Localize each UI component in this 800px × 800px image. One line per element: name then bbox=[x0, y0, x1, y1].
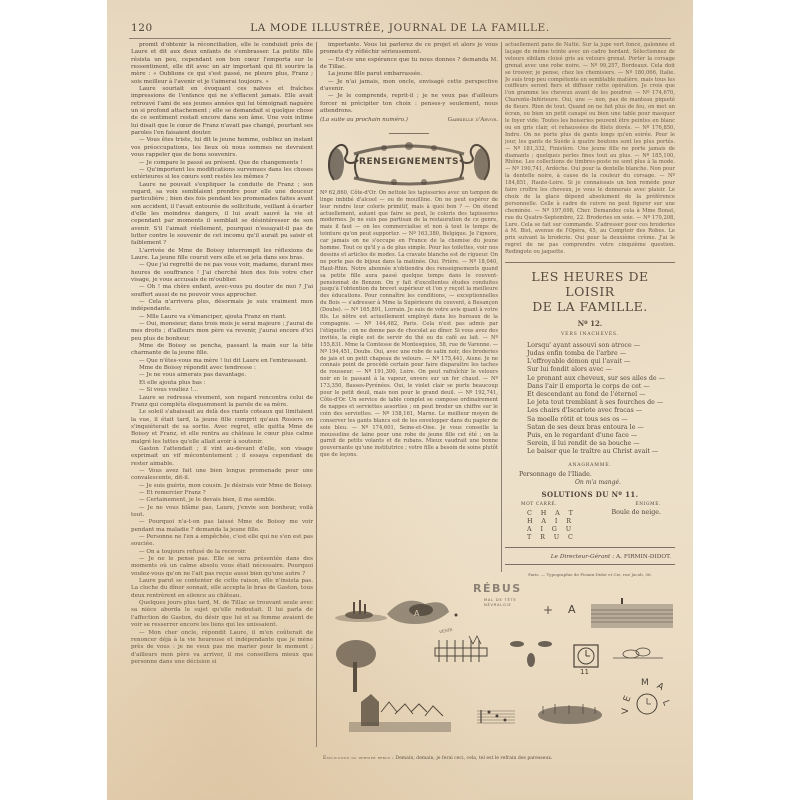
running-head: 120 LA MODE ILLUSTRÉE, JOURNAL DE LA FAM… bbox=[131, 22, 669, 36]
dot-icon bbox=[454, 613, 458, 617]
story-conclusion: importante. Vous lui parlerez de ce proj… bbox=[320, 42, 498, 115]
author-name: Gabrielle d'Arvor. bbox=[448, 117, 498, 124]
island-illustration-icon bbox=[331, 596, 391, 626]
mot-carre-label: MOT CARRÉ. bbox=[521, 501, 576, 508]
paragraph: promit d'obtenir la réconciliation, elle… bbox=[131, 42, 313, 86]
paragraph: Gaston l'attendait ; il vint au-devant d… bbox=[131, 446, 313, 468]
rebus-explanation: Explication du dernier rébus : Demain, d… bbox=[323, 756, 675, 761]
rebus-words: MAL DE TÊTE NÉVRALGIE bbox=[484, 598, 517, 608]
right-column: actuellement pans de Natté. Sur la jupe … bbox=[505, 42, 675, 578]
rebus-puzzle: RÉBUS MAL DE TÊTE NÉVRALGIE + A A bbox=[323, 582, 675, 742]
header-rule bbox=[129, 38, 671, 39]
column-rule-left bbox=[316, 42, 317, 747]
verse-line: Sa moelle rôtit et tous ses os — bbox=[527, 416, 675, 424]
verse-line: L'effroyable démon qui l'avait — bbox=[527, 358, 675, 366]
explanation-label: Explication du dernier rébus : bbox=[323, 756, 394, 761]
clock-number: 11 bbox=[580, 668, 589, 676]
newspaper-page: 120 LA MODE ILLUSTRÉE, JOURNAL DE LA FAM… bbox=[107, 0, 693, 800]
tree-illustration-icon bbox=[333, 638, 379, 694]
renseignements-text: Nº 62,860, Côte-d'Or. On nettoie les tap… bbox=[320, 190, 498, 459]
nest-illustration-icon: A bbox=[385, 594, 451, 628]
verse-line: Le jeta tout tremblant à ses fourches de… bbox=[527, 399, 675, 407]
paragraph: Laure souriait en évoquant ces naïves et… bbox=[131, 86, 313, 137]
venir-label: VENIR bbox=[439, 627, 453, 635]
paragraph: — Je suis guérie, mon cousin. Je désirai… bbox=[131, 483, 313, 490]
paragraph: — On a toujours refusé de la recevoir. bbox=[131, 549, 313, 556]
paragraph: Laure se redressa vivement, son regard r… bbox=[131, 395, 313, 410]
paragraph: — Je n'ai jamais, mon oncle, envisagé ce… bbox=[320, 79, 498, 94]
svg-text:A: A bbox=[414, 609, 420, 618]
verse-line: Sur lui fondit alors avec — bbox=[527, 366, 675, 374]
issue-number: Nº 12. bbox=[505, 320, 675, 327]
paragraph: importante. Vous lui parlerez de ce proj… bbox=[320, 42, 498, 57]
paragraph: — Vous êtes triste, lui dit le jeune hom… bbox=[131, 137, 313, 159]
flies-illustration-icon bbox=[509, 638, 559, 670]
sea-illustration-icon bbox=[591, 596, 673, 630]
paragraph: L'arrivée de Mme de Boissy interrompit l… bbox=[131, 248, 313, 263]
paragraph: Mme de Boissy se pencha, passant la main… bbox=[131, 343, 313, 358]
explanation-text: Demain, demain, je ferai ceci, cela, tel… bbox=[395, 756, 552, 761]
paragraph: — Je ne vous blâme pas, Laure, j'envie s… bbox=[131, 505, 313, 520]
paragraph: Quelques jours plus tard, M. de Tillac s… bbox=[131, 600, 313, 629]
anagram-label: ANAGRAMME. bbox=[505, 462, 675, 469]
rebus-letter: M bbox=[641, 678, 649, 688]
paragraph: La jeune fille parut embarrassée. bbox=[320, 71, 498, 78]
paragraph: — Oui, monsieur, dans trois mois je sera… bbox=[131, 321, 313, 343]
imprint-divider bbox=[505, 564, 675, 565]
paragraph: — Qu'importent les modifications survenu… bbox=[131, 167, 313, 182]
journal-title: LA MODE ILLUSTRÉE, JOURNAL DE LA FAMILLE… bbox=[131, 22, 669, 34]
rebus-word-2: NÉVRALGIE bbox=[484, 603, 517, 608]
unfinished-verses: Lorsqu' ayant assouvi son atroce —Judas … bbox=[505, 342, 675, 457]
verse-line: Et descendant au fond de l'éternel — bbox=[527, 391, 675, 399]
director-credit: Le Directeur-Gérant : A. FIRMIN-DIDOT. bbox=[505, 554, 675, 561]
paragraph: — Cela n'arrivera plus, désormais je sui… bbox=[131, 299, 313, 314]
paragraph: — Je ne le pense pas. Elle se sera prése… bbox=[131, 556, 313, 578]
paragraph: — Vous avez fait une bien longue promena… bbox=[131, 468, 313, 483]
verse-line: Les chairs d'Iscariote avec fracas — bbox=[527, 407, 675, 415]
verse-line: Satan de ses deux bras entoura le — bbox=[527, 424, 675, 432]
section-divider bbox=[505, 262, 675, 263]
left-column-story: promit d'obtenir la réconciliation, elle… bbox=[131, 42, 313, 747]
paragraph: — Est-ce une espérance que tu nous donne… bbox=[320, 57, 498, 72]
paragraph: — Pourquoi n'a-t-on pas laissé Mme de Bo… bbox=[131, 519, 313, 534]
imprint-line: Paris. — Typographie de Firmin-Didot et … bbox=[505, 571, 675, 578]
short-divider bbox=[389, 133, 429, 134]
verse-line: Puis, en le regardant d'une face — bbox=[527, 432, 675, 440]
verse-line: Dans l'air il emporta le corps de cet — bbox=[527, 383, 675, 391]
director-name: A. FIRMIN-DIDOT. bbox=[616, 554, 671, 560]
paragraph: — Je compare le passé au présent. Que de… bbox=[131, 160, 313, 167]
paragraph: — Personne ne l'en a empêchée, c'est ell… bbox=[131, 534, 313, 549]
verse-line: Judas enfin tomba de l'arbre — bbox=[527, 350, 675, 358]
continued-note: (La suite au prochain numéro.) bbox=[320, 117, 408, 124]
enigme-answer: Boule de neige. bbox=[611, 509, 661, 517]
loisir-heading: LES HEURES DE LOISIR DE LA FAMILLE. bbox=[505, 269, 675, 314]
solutions-block: MOT CARRÉ. C H A TH A I RA I G UT R U C … bbox=[505, 501, 675, 540]
paragraph: Le soleil s'abaissait au delà des riants… bbox=[131, 409, 313, 446]
fence-illustration-icon bbox=[433, 636, 489, 664]
verse-line: Lorsqu' ayant assouvi son atroce — bbox=[527, 342, 675, 350]
paragraph: Laure parut se contenter de cette raison… bbox=[131, 578, 313, 600]
anagram-clue: On m'a mangé. bbox=[505, 479, 675, 487]
renseignements-cartouche: RENSEIGNEMENTS bbox=[324, 140, 494, 186]
rebus-title: RÉBUS bbox=[473, 582, 522, 595]
renseignements-continued: actuellement pans de Natté. Sur la jupe … bbox=[505, 42, 675, 256]
paragraph: — Oh ! ma chère enfant, avec-vous pu dou… bbox=[131, 284, 313, 299]
paragraph: Mme de Boissy répondit avec tendresse : bbox=[131, 365, 313, 372]
section-heading: RENSEIGNEMENTS bbox=[324, 159, 494, 166]
mot-carre-solution: MOT CARRÉ. C H A TH A I RA I G UT R U C bbox=[521, 501, 576, 540]
bush-illustration-icon bbox=[535, 702, 605, 728]
mot-carre-grid: C H A TH A I RA I G UT R U C bbox=[521, 509, 576, 541]
director-divider bbox=[505, 547, 675, 548]
enigme-label: ÉNIGME. bbox=[611, 501, 661, 508]
tent-camp-illustration-icon bbox=[349, 692, 451, 734]
paragraph: — Et remercier Franz ? bbox=[131, 490, 313, 497]
column-rule-right bbox=[501, 42, 502, 572]
paragraph: — Mon cher oncle, répondit Laure, il m'e… bbox=[131, 630, 313, 667]
mot-carre-row: T R U C bbox=[521, 533, 576, 541]
mot-carre-row: C H A T bbox=[521, 509, 576, 517]
verse-line: Serein, il lui rendit de sa bouche — bbox=[527, 440, 675, 448]
rebus-letter-a: A bbox=[568, 603, 576, 616]
solutions-title: SOLUTIONS DU Nº 11. bbox=[505, 491, 675, 498]
anagram-text: Personnage de l'Iliade. bbox=[505, 471, 675, 479]
paragraph: — Que j'ai regretté de ne pas vous voir,… bbox=[131, 262, 313, 284]
mot-carre-row: A I G U bbox=[521, 525, 576, 533]
paragraph: — Je le comprends, reprit-il ; je ne veu… bbox=[320, 93, 498, 115]
paragraph: — Mlle Laure va s'émanciper, ajouta Fran… bbox=[131, 314, 313, 321]
verse-line: Le baiser que le traître au Christ avait… bbox=[527, 448, 675, 456]
rebus-letter: V bbox=[621, 708, 631, 714]
paragraph: Laure ne pouvait s'expliquer la conduite… bbox=[131, 182, 313, 248]
verses-subtitle: VERS INACHEVÉS. bbox=[505, 331, 675, 338]
paragraph: — Certainement, je le devais bien, il me… bbox=[131, 497, 313, 504]
plus-sign: + bbox=[543, 603, 553, 617]
music-notes-illustration-icon bbox=[477, 708, 515, 724]
paragraph: Et elle ajouta plus bas : bbox=[131, 380, 313, 387]
middle-column: importante. Vous lui parlerez de ce proj… bbox=[320, 42, 498, 459]
loisir-heading-line1: LES HEURES DE LOISIR bbox=[505, 269, 675, 299]
story-signature: (La suite au prochain numéro.) Gabrielle… bbox=[320, 117, 498, 124]
eggs-illustration-icon bbox=[613, 646, 663, 662]
enigme-solution: ÉNIGME. Boule de neige. bbox=[611, 501, 661, 540]
paragraph: — Je ne vous aimerais pas davantage. bbox=[131, 372, 313, 379]
paragraph: — Si vous vouliez !... bbox=[131, 387, 313, 394]
director-label: Le Directeur-Gérant : bbox=[551, 554, 614, 560]
loisir-heading-line2: DE LA FAMILLE. bbox=[505, 299, 675, 314]
verse-line: Le prenant aux cheveux, sur ses ailes de… bbox=[527, 375, 675, 383]
mot-carre-row: H A I R bbox=[521, 517, 576, 525]
